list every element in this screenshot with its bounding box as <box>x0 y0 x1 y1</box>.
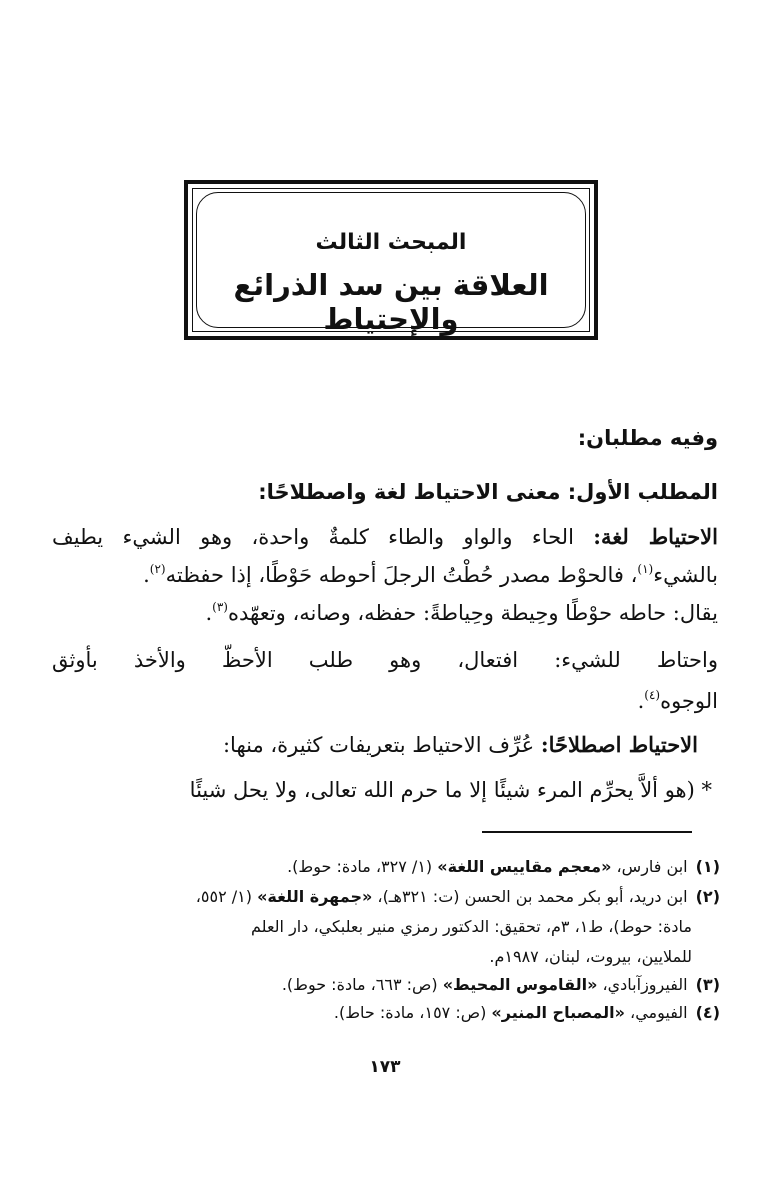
footnote-text: (١/ ٥٥٢، <box>196 887 257 906</box>
quote-line: * (هو ألاَّ يحرِّم المرء شيئًا إلا ما حر… <box>190 778 712 802</box>
footnote-text: الفيومي، <box>625 1003 688 1022</box>
footnote-text: الفيروزآبادي، <box>597 975 687 994</box>
footnote-book-title: «جمهرة اللغة» <box>257 887 372 906</box>
text-segment: الوجوه <box>660 689 718 713</box>
footnote-book-title: «معجم مقاييس اللغة» <box>437 857 611 876</box>
paragraph-iftial-line-1: واحتاط للشيء: افتعال، وهو طلب الأحظّ وال… <box>52 648 718 672</box>
paragraph-term-def: الاحتياط اصطلاحًا: عُرِّف الاحتياط بتعري… <box>223 732 698 757</box>
paragraph-lang-line-2: بالشيء(١)، فالحوْط مصدر حُطْتُ الرجلَ أح… <box>143 562 718 587</box>
footnote-number: (٢) <box>696 887 720 906</box>
text-segment: ، فالحوْط مصدر حُطْتُ الرجلَ أحوطه حَوْط… <box>166 563 638 587</box>
footnote-text: ابن دريد، أبو بكر محمد بن الحسن (ت: ٣٢١ه… <box>372 887 687 906</box>
footnote-number: (١) <box>696 857 720 876</box>
footnote-text: ابن فارس، <box>611 857 687 876</box>
footnote-book-title: «القاموس المحيط» <box>443 975 598 994</box>
footnote-text: (ص: ٦٦٣، مادة: حوط). <box>282 975 443 994</box>
footnote-ref-1[interactable]: (١) <box>637 562 653 576</box>
footnote-1: (١)ابن فارس، «معجم مقاييس اللغة» (١/ ٣٢٧… <box>287 857 720 876</box>
chapter-title-frame: المبحث الثالث العلاقة بين سد الذرائع وال… <box>184 180 598 340</box>
chapter-title: المبحث الثالث <box>188 230 594 255</box>
footnote-4: (٤)الفيومي، «المصباح المنير» (ص: ١٥٧، ما… <box>334 1003 720 1022</box>
footnote-3: (٣)الفيروزآبادي، «القاموس المحيط» (ص: ٦٦… <box>282 975 720 994</box>
footnote-2-continuation-1: مادة: حوط)، ط١، ٣م، تحقيق: الدكتور رمزي … <box>251 917 692 936</box>
book-page: المبحث الثالث العلاقة بين سد الذرائع وال… <box>0 0 770 1195</box>
text-segment: . <box>143 563 150 587</box>
term-def-text: عُرِّف الاحتياط بتعريفات كثيرة، منها: <box>223 733 534 757</box>
footnote-ref-2[interactable]: (٢) <box>150 562 166 576</box>
footnote-book-title: «المصباح المنير» <box>491 1003 625 1022</box>
lang-def-label: الاحتياط لغة: <box>593 524 718 549</box>
term-def-label: الاحتياط اصطلاحًا: <box>541 732 698 757</box>
footnote-number: (٤) <box>696 1003 720 1022</box>
section-heading: المطلب الأول: معنى الاحتياط لغة واصطلاحً… <box>258 480 718 504</box>
paragraph-lang-line-3: يقال: حاطه حوْطًا وحِيطة وحِياطةً: حفظه،… <box>205 600 718 625</box>
paragraph-iftial-line-2: الوجوه(٤). <box>638 688 718 713</box>
text-segment: يقال: حاطه حوْطًا وحِيطة وحِياطةً: حفظه،… <box>228 601 718 625</box>
chapter-subtitle: العلاقة بين سد الذرائع والإحتياط <box>188 268 594 336</box>
footnote-ref-3[interactable]: (٣) <box>212 600 228 614</box>
page-number: ١٧٣ <box>0 1057 770 1077</box>
paragraph-lang-line-1: الاحتياط لغة: الحاء والواو والطاء كلمةٌ … <box>52 524 718 549</box>
footnote-number: (٣) <box>696 975 720 994</box>
intro-heading: وفيه مطلبان: <box>578 426 718 450</box>
text-segment: بالشيء <box>653 563 718 587</box>
footnote-2-continuation-2: للملايين، بيروت، لبنان، ١٩٨٧م. <box>489 947 692 966</box>
footnote-ref-4[interactable]: (٤) <box>644 688 660 702</box>
footnote-2: (٢)ابن دريد، أبو بكر محمد بن الحسن (ت: ٣… <box>196 887 720 906</box>
footnote-text: (١/ ٣٢٧، مادة: حوط). <box>287 857 437 876</box>
lang-def-text: الحاء والواو والطاء كلمةٌ واحدة، وهو الش… <box>52 525 574 549</box>
footnote-text: (ص: ١٥٧، مادة: حاط). <box>334 1003 492 1022</box>
footnote-separator <box>482 831 692 833</box>
